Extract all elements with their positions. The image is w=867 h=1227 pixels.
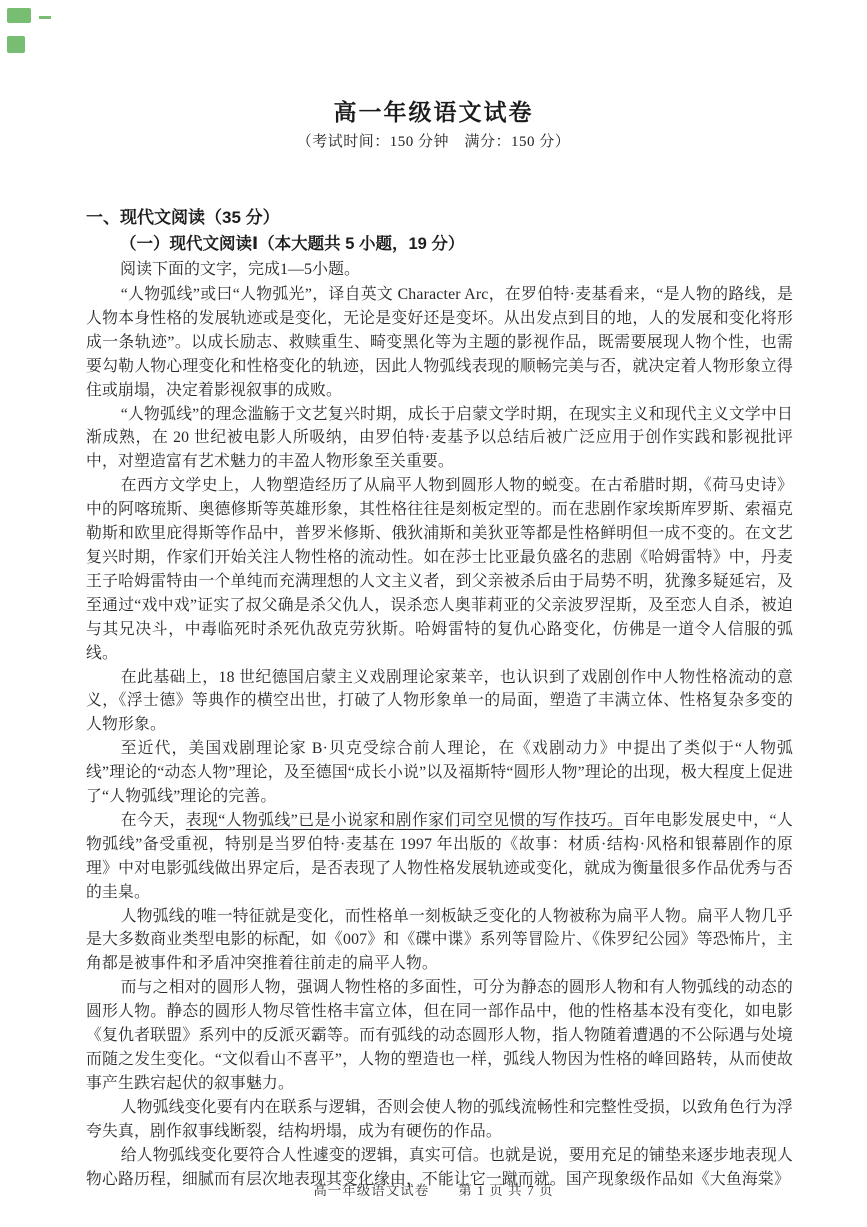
exam-paper-page: 高一年级语文试卷 （考试时间：150 分钟 满分：150 分） 一、现代文阅读（… [0, 0, 867, 1227]
scan-artifact-icon [7, 36, 25, 53]
page-footer: 高一年级语文试卷 第 1 页 共 7 页 [0, 1179, 867, 1199]
paper-title: 高一年级语文试卷 [0, 97, 867, 127]
section-heading: 一、现代文阅读（35 分） [86, 205, 793, 231]
paper-content: 一、现代文阅读（35 分） （一）现代文阅读Ⅰ（本大题共 5 小题，19 分） … [86, 205, 793, 1191]
reading-instruction: 阅读下面的文字，完成1—5小题。 [120, 257, 793, 282]
underlined-text: 表现“人物弧线”已是小说家和剧作家们司空见惯的写作技巧。 [186, 812, 624, 829]
passage-text: “人物弧线”或曰“人物弧光”，译自英文 Character Arc，在罗伯特·麦… [86, 286, 793, 399]
passage-text: 人物弧线变化要有内在联系与逻辑，否则会使人物的弧线流畅性和完整性受损，以致角色行… [86, 1099, 793, 1140]
passage-text: 在西方文学史上，人物塑造经历了从扁平人物到圆形人物的蜕变。在古希腊时期，《荷马史… [86, 477, 793, 661]
passage-text: 至近代，美国戏剧理论家 B·贝克受综合前人理论，在《戏剧动力》中提出了类似于“人… [86, 740, 793, 805]
passage-paragraph: 而与之相对的圆形人物，强调人物性格的多面性，可分为静态的圆形人物和有人物弧线的动… [86, 976, 793, 1096]
passage-paragraph: 在此基础上，18 世纪德国启蒙主义戏剧理论家莱辛，也认识到了戏剧创作中人物性格流… [86, 666, 793, 738]
passage: “人物弧线”或曰“人物弧光”，译自英文 Character Arc，在罗伯特·麦… [86, 283, 793, 1191]
passage-paragraph: 人物弧线变化要有内在联系与逻辑，否则会使人物的弧线流畅性和完整性受损，以致角色行… [86, 1096, 793, 1144]
paper-subtitle: （考试时间：150 分钟 满分：150 分） [0, 130, 867, 154]
paper-header: 高一年级语文试卷 （考试时间：150 分钟 满分：150 分） [0, 0, 867, 154]
passage-text: 在此基础上，18 世纪德国启蒙主义戏剧理论家莱辛，也认识到了戏剧创作中人物性格流… [86, 669, 793, 734]
passage-text: 而与之相对的圆形人物，强调人物性格的多面性，可分为静态的圆形人物和有人物弧线的动… [86, 979, 793, 1092]
passage-paragraph: 至近代，美国戏剧理论家 B·贝克受综合前人理论，在《戏剧动力》中提出了类似于“人… [86, 737, 793, 809]
passage-text: 人物弧线的唯一特征就是变化，而性格单一刻板缺乏变化的人物被称为扁平人物。扁平人物… [86, 908, 793, 973]
passage-paragraph: 在今天，表现“人物弧线”已是小说家和剧作家们司空见惯的写作技巧。百年电影发展史中… [86, 809, 793, 905]
passage-text: 在今天， [121, 812, 186, 829]
scan-artifact-icon [7, 8, 31, 23]
subsection-heading: （一）现代文阅读Ⅰ（本大题共 5 小题，19 分） [120, 231, 793, 257]
passage-paragraph: 人物弧线的唯一特征就是变化，而性格单一刻板缺乏变化的人物被称为扁平人物。扁平人物… [86, 905, 793, 977]
passage-paragraph: “人物弧线”或曰“人物弧光”，译自英文 Character Arc，在罗伯特·麦… [86, 283, 793, 403]
passage-paragraph: 在西方文学史上，人物塑造经历了从扁平人物到圆形人物的蜕变。在古希腊时期，《荷马史… [86, 474, 793, 665]
passage-paragraph: “人物弧线”的理念滥觞于文艺复兴时期，成长于启蒙文学时期，在现实主义和现代主义文… [86, 403, 793, 475]
passage-text: “人物弧线”的理念滥觞于文艺复兴时期，成长于启蒙文学时期，在现实主义和现代主义文… [86, 406, 793, 471]
